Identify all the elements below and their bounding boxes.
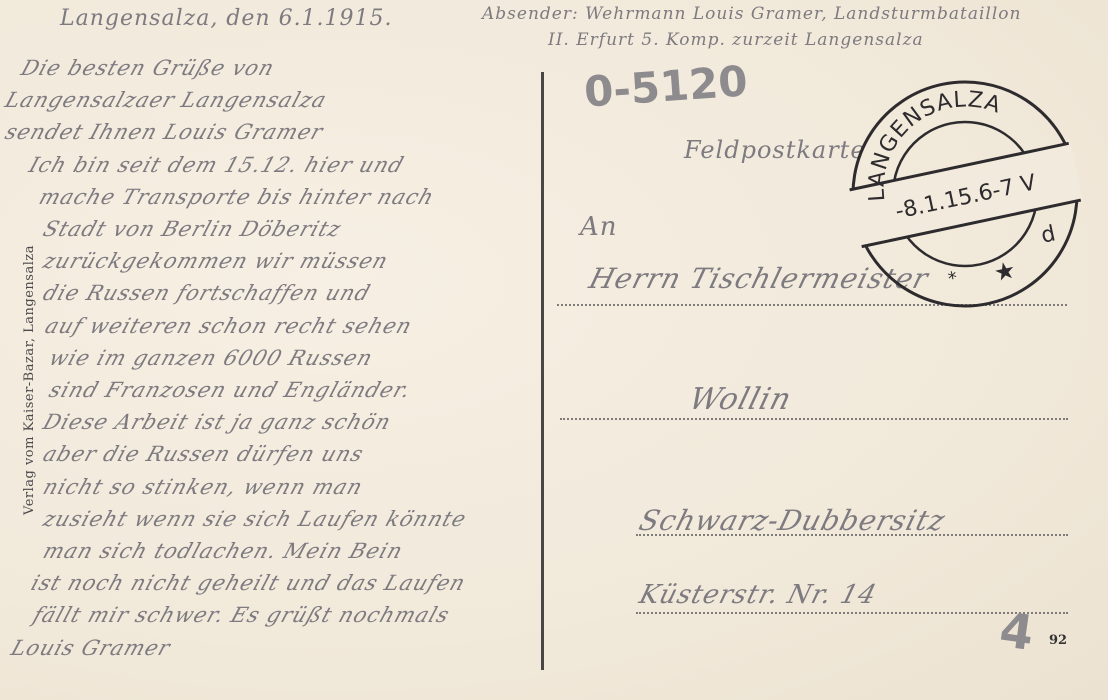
publisher-imprint: Verlag vom Kaiser-Bazar, Langensalza bbox=[22, 245, 37, 515]
message-line: mache Transporte bis hinter nach bbox=[36, 185, 437, 209]
message-line: sind Franzosen und Engländer. bbox=[46, 378, 414, 402]
message-line: die Russen fortschaffen und bbox=[40, 281, 374, 305]
star-icon: * bbox=[946, 268, 959, 290]
message-line: man sich todlachen. Mein Bein bbox=[40, 539, 406, 563]
message-line: aber die Russen dürfen uns bbox=[40, 442, 367, 466]
message-line: Diese Arbeit ist ja ganz schön bbox=[40, 410, 394, 434]
postcard: Langensalza, den 6.1.1915. Absender: Weh… bbox=[0, 0, 1108, 700]
feldpost-label: Feldpostkarte bbox=[684, 136, 866, 164]
message-line: Stadt von Berlin Döberitz bbox=[40, 217, 345, 241]
message-line: sendet Ihnen Louis Gramer bbox=[2, 120, 326, 144]
postmark-letter: d bbox=[1039, 221, 1058, 248]
address-rule-2 bbox=[560, 418, 1068, 420]
message-line: Louis Gramer bbox=[8, 636, 174, 660]
message-line: ist noch nicht geheilt und das Laufen bbox=[28, 571, 469, 595]
sender-line-2: II. Erfurt 5. Komp. zurzeit Langensalza bbox=[548, 30, 924, 50]
address-line-4: Küsterstr. Nr. 14 bbox=[636, 580, 880, 610]
center-divider bbox=[541, 72, 544, 670]
pencil-notation: 0-5120 bbox=[582, 56, 749, 116]
message-line: nicht so stinken, wenn man bbox=[40, 475, 366, 499]
message-line: Ich bin seit dem 15.12. hier und bbox=[26, 153, 407, 177]
message-line: Langensalzaer Langensalza bbox=[2, 88, 330, 112]
message-line: Die besten Grüße von bbox=[18, 56, 278, 80]
address-salutation: An bbox=[580, 212, 618, 242]
message-line: zurückgekommen wir müssen bbox=[40, 249, 391, 273]
message-line: zusieht wenn sie sich Laufen könnte bbox=[40, 507, 470, 531]
header-date-line: Langensalza, den 6.1.1915. bbox=[60, 6, 393, 31]
address-line-2: Wollin bbox=[685, 382, 795, 417]
star-icon: ★ bbox=[991, 256, 1018, 288]
message-line: wie im ganzen 6000 Russen bbox=[46, 346, 376, 370]
address-rule-3 bbox=[636, 534, 1068, 536]
sender-line-1: Absender: Wehrmann Louis Gramer, Landstu… bbox=[482, 4, 1021, 24]
card-number: 92 bbox=[1049, 633, 1067, 648]
address-line-3: Schwarz-Dubbersitz bbox=[636, 504, 950, 537]
message-line: fällt mir schwer. Es grüßt nochmals bbox=[30, 603, 453, 627]
corner-pencil-mark: 4 bbox=[996, 602, 1037, 662]
message-line: auf weiteren schon recht sehen bbox=[42, 314, 415, 338]
postmark-stamp: LANGENSALZA -8.1.15.6-7 V d * ★ bbox=[845, 74, 1085, 314]
